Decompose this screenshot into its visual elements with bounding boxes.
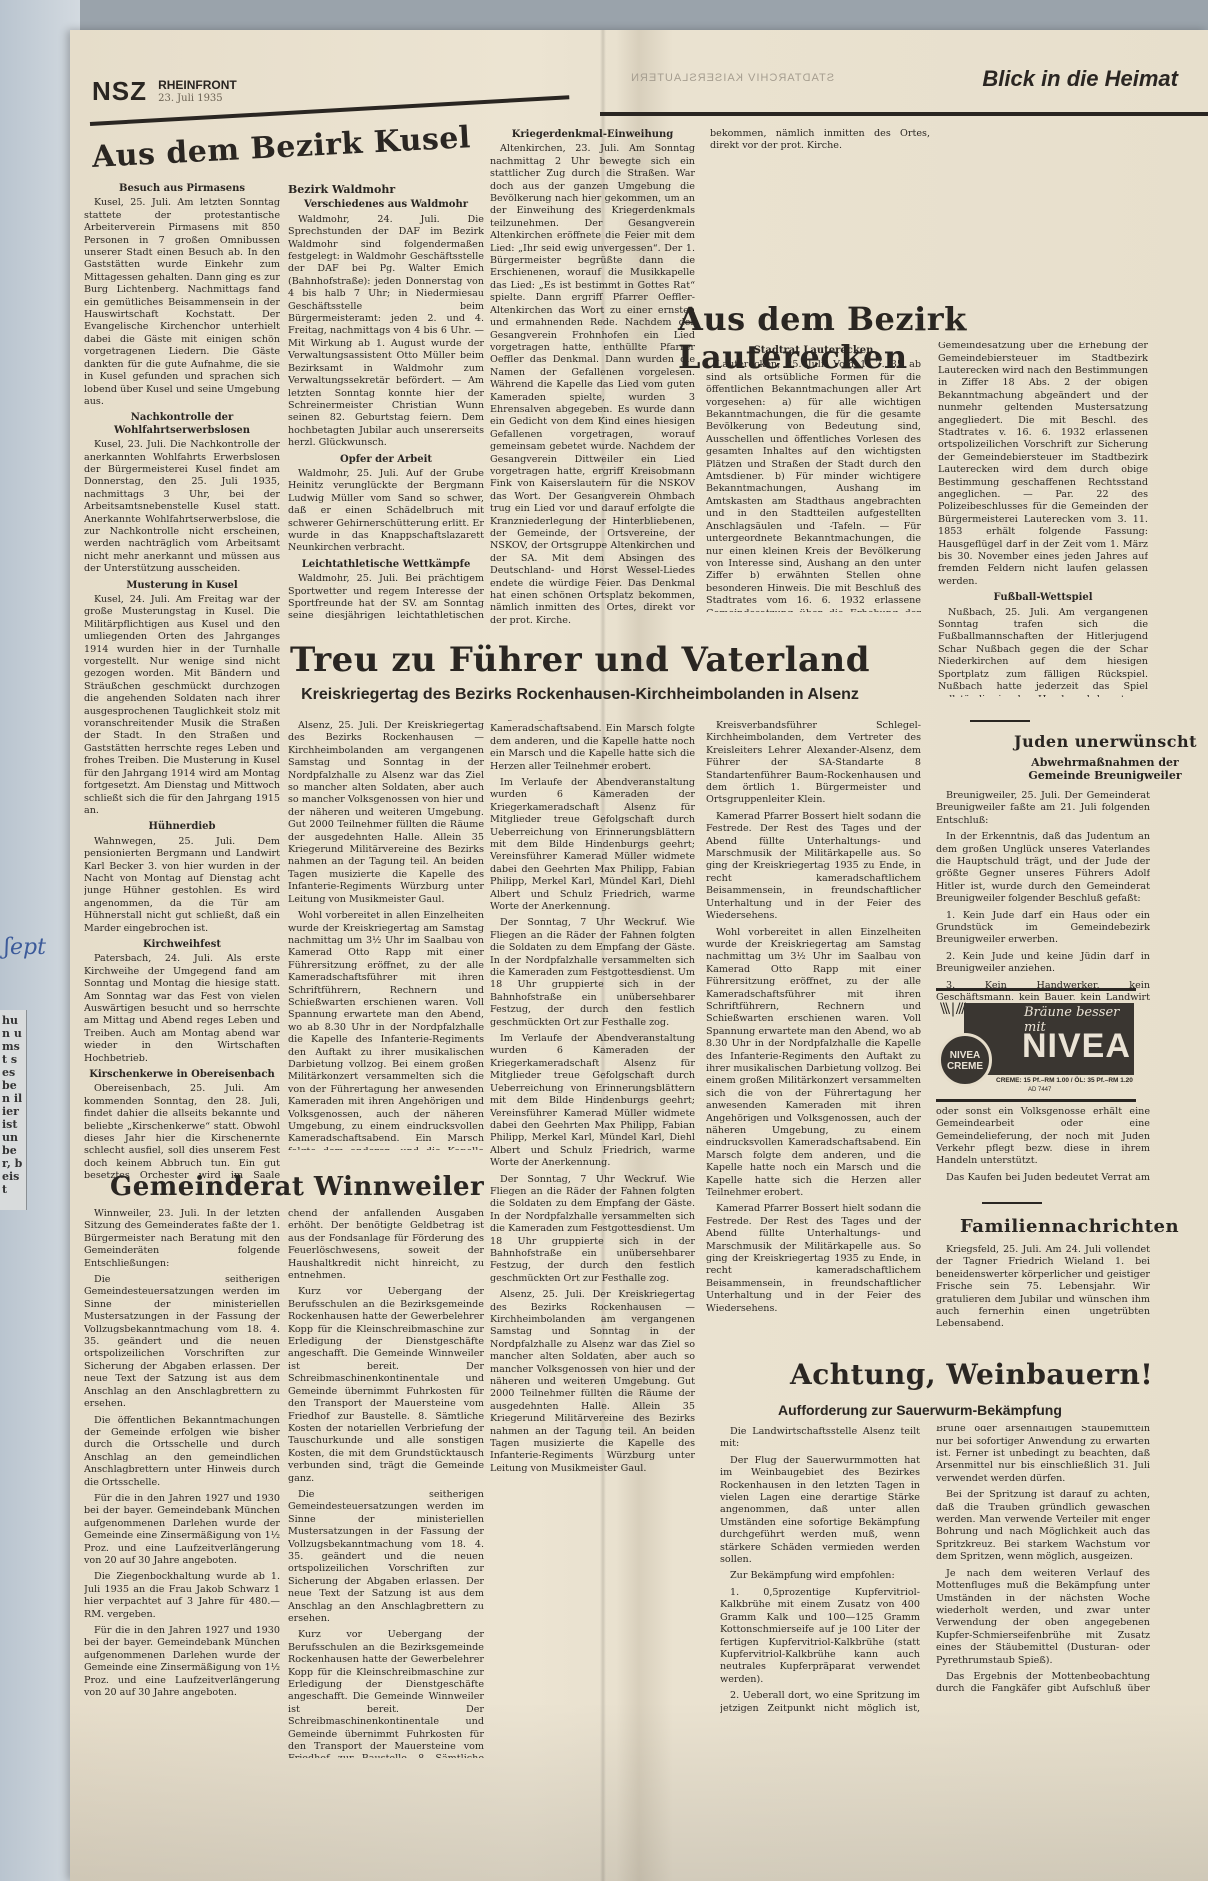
paragraph: In der Erkenntnis, daß das Judentum an d… (936, 831, 1150, 905)
paragraph: Wahnwegen, 25. Juli. Dem pensionierten B… (84, 836, 280, 935)
paragraph: Die Ziegenbockhaltung wurde ab 1. Juli 1… (84, 1571, 280, 1621)
paragraph: Winnweiler, 23. Juli. In der letzten Sit… (84, 1208, 280, 1270)
paragraph: Im Verlaufe der Abendveranstaltung wurde… (490, 777, 695, 913)
paragraph: Für die in den Jahren 1927 und 1930 bei … (84, 1493, 280, 1567)
paragraph: Zur Bekämpfung wird empfohlen: (720, 1570, 920, 1582)
paragraph: 1. Kein Jude darf ein Haus oder ein Grun… (936, 910, 1150, 947)
divider (982, 1202, 1042, 1204)
article-jokobsball: Altenkirchen, 23. Juli. Am Sonntag nachm… (938, 126, 1148, 291)
edition-name: RHEINFRONT (158, 79, 237, 92)
paragraph: Bei der Spritzung ist darauf zu achten, … (936, 1489, 1150, 1563)
headline-treu: Treu zu Führer und Vaterland (270, 640, 890, 680)
paragraph: Nußbach, 25. Juli. Am vergangenen Sonnta… (938, 607, 1148, 697)
article-winnweiler-col2: chend der anfallenden Ausgaben erhöht. D… (288, 1208, 484, 1758)
paragraph: Für die in den Jahren 1927 und 1930 bei … (84, 1625, 280, 1699)
masthead-rule-right (600, 112, 1208, 116)
paragraph: Altenkirchen, 23. Juli. Am Sonntag nachm… (710, 126, 930, 153)
subhead: Leichtathletische Wettkämpfe (288, 559, 484, 571)
subhead: Kirchweihfest (84, 939, 280, 951)
paragraph: Das Ergebnis der Mottenbeobachtung durch… (936, 1671, 1150, 1696)
section-title: Blick in die Heimat (982, 66, 1178, 92)
masthead-left: NSZ RHEINFRONT 23. Juli 1935 (92, 76, 237, 107)
ad-code: AD 7447 (1028, 1087, 1051, 1093)
paragraph: Kusel, 23. Juli. Die Nachkontrolle der a… (84, 439, 280, 575)
paragraph: Die seitherigen Gemeindesteuersatzungen … (288, 1489, 484, 1625)
subheadline-juden: Abwehrmaßnahmen der Gemeinde Breunigweil… (1000, 756, 1208, 782)
paragraph: Wohl vorbereitet in allen Einzelheiten w… (288, 910, 484, 1150)
paragraph: Kriegsfeld, 25. Juli. Am 24. Juli vollen… (936, 1244, 1150, 1331)
paragraph: 2. Ueberall dort, wo eine Spritzung im j… (720, 1690, 920, 1716)
edition-block: RHEINFRONT 23. Juli 1935 (158, 79, 237, 105)
paragraph: Kurz vor Uebergang der Berufsschulen an … (288, 1629, 484, 1758)
scrap-text: hun umst ses ben ilier ist un ber, beist (0, 1010, 26, 1200)
paragraph: 3. Kein Handwerker, kein Geschäftsmann, … (936, 1105, 1150, 1168)
article-winnweiler-col1: Winnweiler, 23. Juli. In der letzten Sit… (84, 1208, 280, 1758)
subhead: Verschiedenes aus Waldmohr (288, 199, 484, 211)
paragraph: Wohl vorbereitet in allen Einzelheiten w… (490, 720, 695, 773)
headline-winnweiler: Gemeinderat Winnweiler (110, 1172, 484, 1202)
paragraph: Waldmohr, 25. Juli. Auf der Grube Heinit… (288, 468, 484, 555)
paragraph: Der Sonntag, 7 Uhr Weckruf. Wie Fliegen … (490, 1174, 695, 1286)
paragraph: Kusel, 25. Juli. Am letzten Sonntag stat… (84, 197, 280, 408)
nivea-tin-icon: NIVEA CREME (938, 1033, 992, 1087)
subhead: Musterung in Kusel (84, 580, 280, 592)
subhead: Opfer der Arbeit (288, 454, 484, 466)
paper-name: NSZ (92, 76, 147, 107)
paragraph: Wohl vorbereitet in allen Einzelheiten w… (706, 927, 921, 1200)
ad-prices: CREME: 15 Pf.–RM 1.00 / ÖL: 35 Pf.–RM 1.… (996, 1077, 1133, 1084)
subhead: Stadtrat Lauterecken (706, 345, 921, 357)
paragraph: Die öffentlichen Bekanntmachungen der Ge… (84, 1415, 280, 1489)
paragraph: Breunigweiler, 25. Juli. Der Gemeinderat… (936, 790, 1150, 827)
paragraph: Lauterecken, 25. Juli. Vom 1. 7. 35 ab s… (938, 342, 1148, 588)
sun-rays-icon: \\\ | /// (940, 1001, 964, 1017)
article-familie: Kriegsfeld, 25. Juli. Am 24. Juli vollen… (936, 1244, 1150, 1344)
subhead: Fußball-Wettspiel (938, 592, 1148, 604)
subhead: Kriegerdenkmal-Einweihung (490, 129, 695, 141)
paragraph: Kurz vor Uebergang der Berufsschulen an … (288, 1286, 484, 1485)
article-treu-col3: Kreisverbandsführer Schlegel-Kirchheimbo… (706, 720, 921, 1330)
paragraph: Kreisverbandsführer Schlegel-Kirchheimbo… (706, 720, 921, 807)
adjacent-paper-scrap: hun umst ses ben ilier ist un ber, beist (0, 1010, 27, 1210)
paragraph: Im Verlaufe der Abendveranstaltung wurde… (490, 1033, 695, 1169)
paragraph: Alsenz, 25. Juli. Der Kreiskriegertag de… (288, 720, 484, 906)
paragraph: Die Landwirtschaftsstelle Alsenz teilt m… (720, 1426, 920, 1451)
divider (970, 720, 1030, 722)
article-waldmohr: Bezirk Waldmohr Verschiedenes aus Waldmo… (288, 180, 484, 620)
article-achtung-col2: Es wird jedoch ausdrücklich darauf aufme… (936, 1426, 1150, 1696)
subheadline-treu: Kreiskriegertag des Bezirks Rockenhausen… (270, 686, 890, 704)
paragraph: Waldmohr, 25. Juli. Bei prächtigem Sport… (288, 573, 484, 620)
article-lauterecken: Stadtrat Lauterecken Lauterecken, 25. Ju… (706, 342, 921, 612)
paragraph: Es wird jedoch ausdrücklich darauf aufme… (936, 1426, 1150, 1485)
article-kusel: Besuch aus Pirmasens Kusel, 25. Juli. Am… (84, 180, 280, 1180)
subhead: Bezirk Waldmohr (288, 184, 484, 196)
paragraph: Kusel, 24. Juli. Am Freitag war der groß… (84, 594, 280, 817)
headline-achtung: Achtung, Weinbauern! (790, 1358, 1153, 1391)
subheadline-achtung: Aufforderung zur Sauerwurm-Bekämpfung (778, 1402, 1062, 1418)
subhead: Nachkontrolle der Wohlfahrtserwerbslosen (84, 412, 280, 437)
paragraph: Kamerad Pfarrer Bossert hielt sodann die… (706, 1203, 921, 1315)
newspaper-page: NSZ RHEINFRONT 23. Juli 1935 STADTARCHIV… (70, 30, 1208, 1881)
article-achtung-col1: Die Landwirtschaftsstelle Alsenz teilt m… (720, 1426, 920, 1716)
paragraph: Der Flug der Sauerwurmmotten hat im Wein… (720, 1455, 920, 1567)
subhead: Hühnerdieb (84, 821, 280, 833)
paragraph: Altenkirchen, 23. Juli. Am Sonntag nachm… (490, 143, 695, 626)
archive-stamp: STADTARCHIV KAISERSLAUTERN (630, 72, 834, 84)
paragraph: Patersbach, 24. Juli. Als erste Kirchwei… (84, 953, 280, 1065)
paragraph: Je nach dem weiteren Verlauf des Mottenf… (936, 1568, 1150, 1667)
paragraph: Der Sonntag, 7 Uhr Weckruf. Wie Fliegen … (490, 917, 695, 1029)
article-treu-col2: Wohl vorbereitet in allen Einzelheiten w… (490, 720, 695, 1720)
article-waldmohr-cont: Kriegerdenkmal-Einweihung Altenkirchen, … (490, 126, 695, 626)
article-juden: Breunigweiler, 25. Juli. Der Gemeinderat… (936, 790, 1150, 1000)
paragraph: Kamerad Pfarrer Bossert hielt sodann die… (706, 811, 921, 923)
paragraph: chend der anfallenden Ausgaben erhöht. D… (288, 1208, 484, 1282)
headline-kusel: Aus dem Bezirk Kusel (91, 120, 471, 175)
article-waldmohr-cont2: Altenkirchen, 23. Juli. Am Sonntag nachm… (710, 126, 930, 286)
article-treu-col1: Alsenz, 25. Juli. Der Kreiskriegertag de… (288, 720, 484, 1150)
paragraph: Lauterecken, 25. Juli. Vom 1. 7. 35 ab s… (706, 359, 921, 612)
paragraph: Das Kaufen bei Juden bedeutet Verrat am … (936, 1172, 1150, 1185)
paragraph: Alsenz, 25. Juli. Der Kreiskriegertag de… (490, 1289, 695, 1475)
handwritten-note: ʃept (4, 935, 46, 960)
paragraph: 2. Kein Jude und keine Jüdin darf in Bre… (936, 951, 1150, 976)
article-juden-cont: 3. Kein Handwerker, kein Geschäftsmann, … (936, 1105, 1150, 1185)
paragraph: Obereisenbach, 25. Juli. Am kommenden So… (84, 1083, 280, 1180)
issue-date: 23. Juli 1935 (158, 92, 237, 105)
paragraph: Waldmohr, 24. Juli. Die Sprechstunden de… (288, 214, 484, 450)
headline-juden: Juden unerwünscht (1014, 732, 1197, 751)
ad-brand: NIVEA (1022, 1027, 1131, 1066)
paragraph: Die seitherigen Gemeindesteuersatzungen … (84, 1274, 280, 1410)
headline-familie: Familiennachrichten (960, 1216, 1179, 1237)
article-lauterecken-cont: Lauterecken, 25. Juli. Vom 1. 7. 35 ab s… (938, 342, 1148, 697)
paragraph: 1. 0,5prozentige Kupfervitriol-Kalkbrühe… (720, 1587, 920, 1686)
subhead: Kirschenkerwe in Obereisenbach (84, 1069, 280, 1081)
nivea-advertisement: \\\ | /// Bräune besser mit NIVEA NIVEA … (936, 988, 1136, 1102)
subhead: Besuch aus Pirmasens (84, 183, 280, 195)
